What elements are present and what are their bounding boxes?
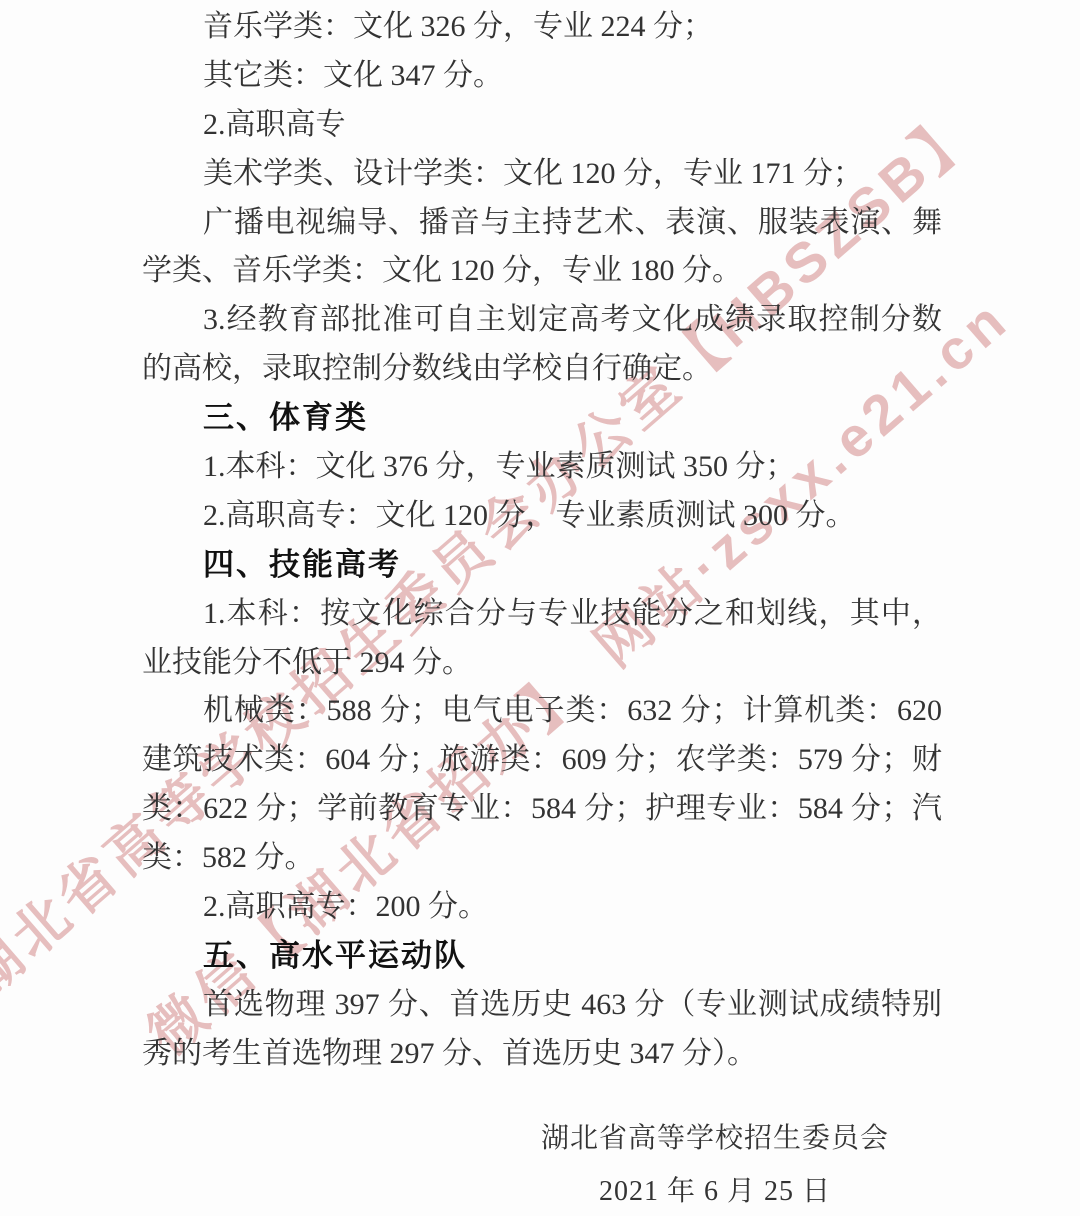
text-line: 建筑技术类：604 分；旅游类：609 分；农学类：579 分；财经 (142, 736, 942, 785)
issue-date: 2021 年 6 月 25 日 (450, 1171, 980, 1213)
document-page: 湖北省高等学校招生委员会办公室【HBSZSB】 微信【湖北省招办】 网站·zsx… (0, 0, 1080, 1216)
text-line: 广播电视编导、播音与主持艺术、表演、服装表演、舞蹈 (142, 199, 942, 248)
text-line: 的高校，录取控制分数线由学校自行确定。 (142, 345, 942, 394)
text-line: 业技能分不低于 294 分。 (142, 639, 942, 688)
closing-block: 湖北省高等学校招生委员会 2021 年 6 月 25 日 (450, 1118, 980, 1213)
text-line: 其它类：文化 347 分。 (142, 52, 942, 101)
document-body: 音乐学类：文化 326 分，专业 224 分；其它类：文化 347 分。2.高职… (142, 3, 942, 1079)
section-heading: 五、高水平运动队 (142, 932, 942, 981)
text-line: 1.本科：按文化综合分与专业技能分之和划线，其中，专 (142, 590, 942, 639)
text-line: 2.高职高专：文化 120 分，专业素质测试 300 分。 (142, 492, 942, 541)
text-line: 音乐学类：文化 326 分，专业 224 分； (142, 3, 942, 52)
text-line: 2.高职高专 (142, 101, 942, 150)
text-line: 首选物理 397 分、首选历史 463 分（专业测试成绩特别优 (142, 981, 942, 1030)
section-heading: 四、技能高考 (142, 541, 942, 590)
text-line: 美术学类、设计学类：文化 120 分，专业 171 分； (142, 150, 942, 199)
text-line: 3.经教育部批准可自主划定高考文化成绩录取控制分数线 (142, 296, 942, 345)
text-line: 机械类：588 分；电气电子类：632 分；计算机类：620 分； (142, 687, 942, 736)
issuer-signature: 湖北省高等学校招生委员会 (450, 1118, 980, 1160)
text-line: 类：622 分；学前教育专业：584 分；护理专业：584 分；汽修 (142, 785, 942, 834)
text-line: 学类、音乐学类：文化 120 分，专业 180 分。 (142, 247, 942, 296)
section-heading: 三、体育类 (142, 394, 942, 443)
text-line: 2.高职高专：200 分。 (142, 883, 942, 932)
text-line: 1.本科：文化 376 分，专业素质测试 350 分； (142, 443, 942, 492)
text-line: 秀的考生首选物理 297 分、首选历史 347 分）。 (142, 1030, 942, 1079)
text-line: 类：582 分。 (142, 834, 942, 883)
